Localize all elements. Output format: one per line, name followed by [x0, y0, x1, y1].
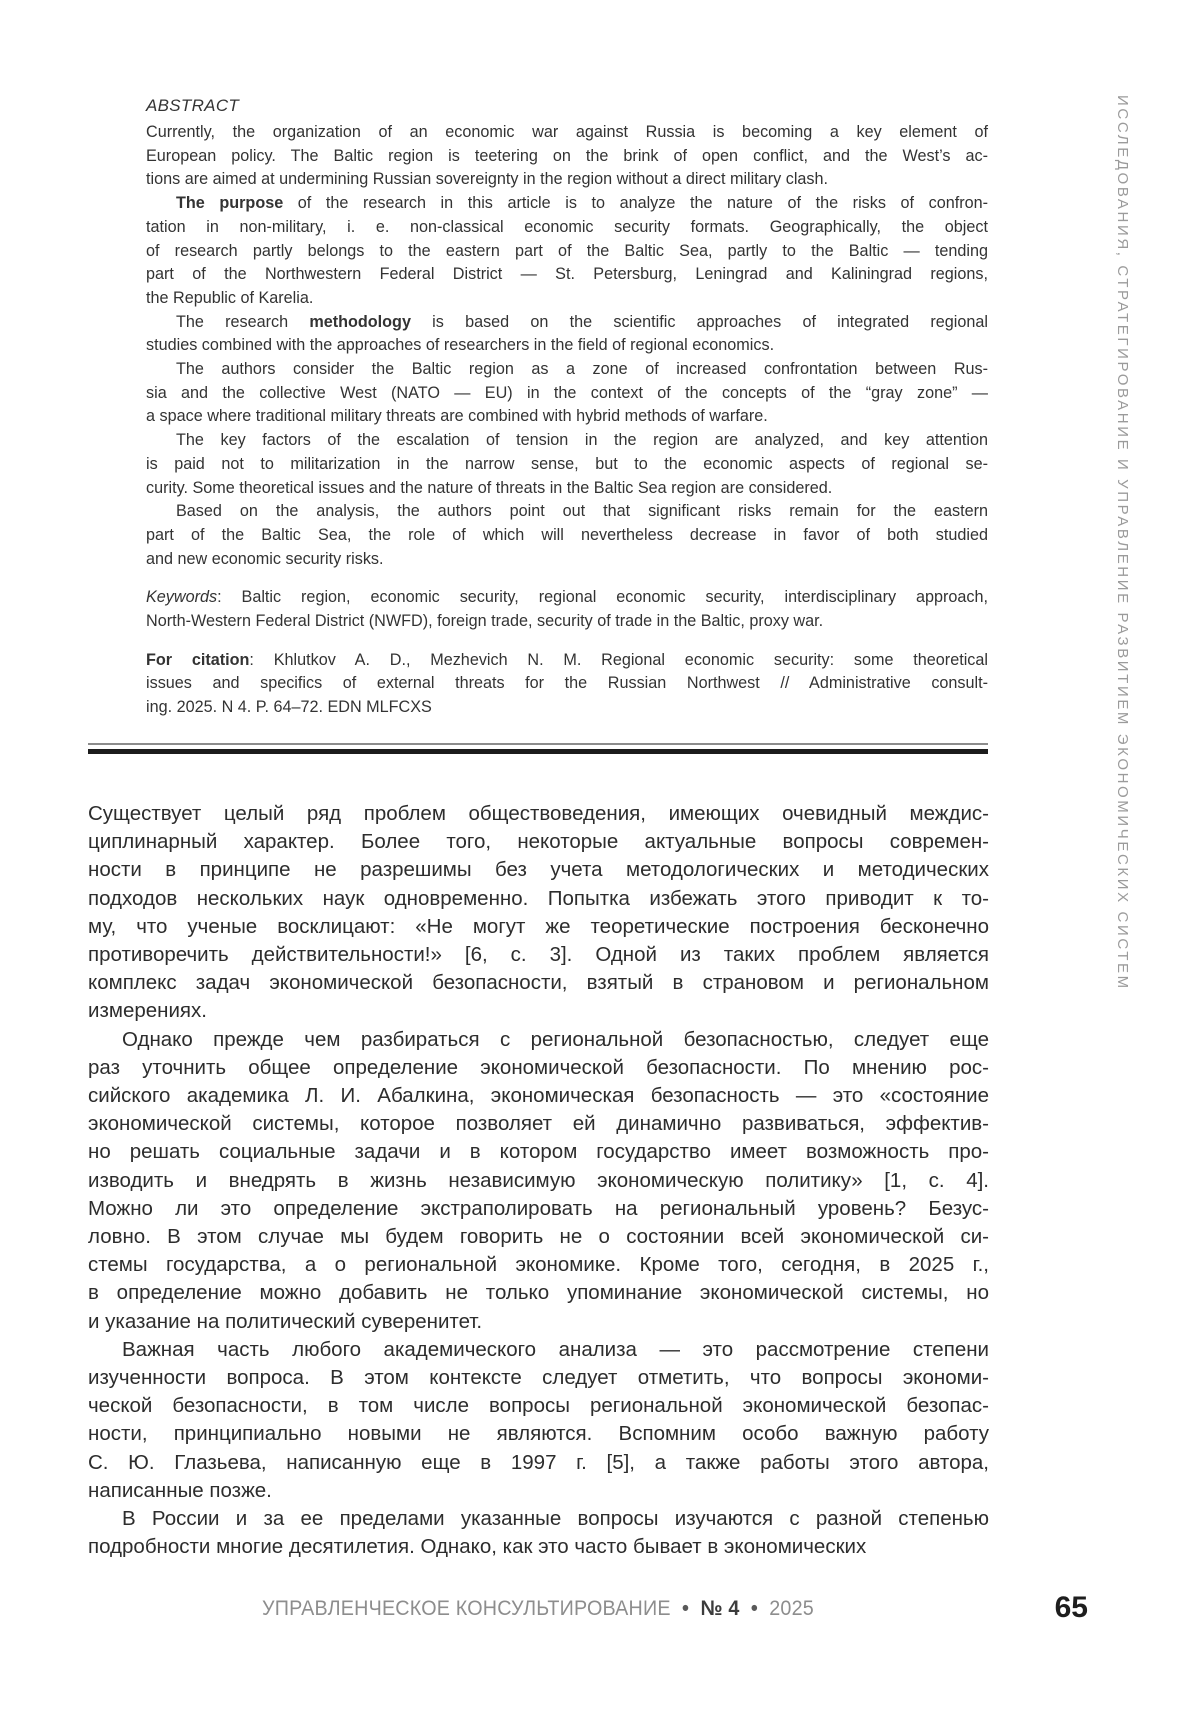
text-line: sia and the collective West (NATO — EU) …: [146, 382, 988, 406]
footer-separator-dot: •: [676, 1597, 694, 1620]
text-line: ческой безопасности, в том числе вопросы…: [88, 1392, 989, 1420]
text-line: изученности вопроса. В этом контексте сл…: [88, 1364, 989, 1392]
text-line: and new economic security risks.: [146, 548, 988, 572]
text-line: a space where traditional military threa…: [146, 405, 988, 429]
text-line: the Republic of Karelia.: [146, 287, 988, 311]
paragraph: Существует целый ряд проблем обществовед…: [88, 800, 989, 1026]
text-line: и указание на политический суверенитет.: [88, 1308, 989, 1336]
text-line: The key factors of the escalation of ten…: [146, 429, 988, 453]
article-body: Существует целый ряд проблем обществовед…: [88, 800, 989, 1561]
abstract-block: ABSTRACT Currently, the organization of …: [146, 94, 988, 720]
text-line: комплекс задач экономической безопасност…: [88, 969, 989, 997]
text-line: противоречить действительности!» [6, с. …: [88, 941, 989, 969]
text-line: The research methodology is based on the…: [146, 311, 988, 335]
paragraph: Based on the analysis, the authors point…: [146, 500, 988, 571]
abstract-heading: ABSTRACT: [146, 94, 988, 118]
text-line: is paid not to militarization in the nar…: [146, 453, 988, 477]
paragraph: Keywords: Baltic region, economic securi…: [146, 586, 988, 633]
text-line: Важная часть любого академического анали…: [88, 1336, 989, 1364]
divider-thick-line: [88, 749, 988, 754]
text-line: В России и за ее пределами указанные воп…: [88, 1505, 989, 1533]
text-line: Currently, the organization of an econom…: [146, 121, 988, 145]
footer-separator-dot: •: [745, 1597, 763, 1620]
text-line: Существует целый ряд проблем обществовед…: [88, 800, 989, 828]
text-line: North-Western Federal District (NWFD), f…: [146, 610, 988, 634]
text-line: написанные позже.: [88, 1477, 989, 1505]
text-line: ности, принципиально новыми не являются.…: [88, 1420, 989, 1448]
abstract-paragraphs: Currently, the organization of an econom…: [146, 121, 988, 571]
issue-year: 2025: [769, 1597, 814, 1620]
paragraph: Однако прежде чем разбираться с регионал…: [88, 1026, 989, 1336]
text-line: сийского академика Л. И. Абалкина, эконо…: [88, 1082, 989, 1110]
text-line: issues and specifics of external threats…: [146, 672, 988, 696]
journal-name: УПРАВЛЕНЧЕСКОЕ КОНСУЛЬТИРОВАНИЕ: [262, 1597, 671, 1620]
text-line: part of the Northwestern Federal Distric…: [146, 263, 988, 287]
section-title-vertical: ИССЛЕДОВАНИЯ, СТРАТЕГИРОВАНИЕ И УПРАВЛЕН…: [1112, 95, 1132, 1105]
text-line: Можно ли это определение экстраполироват…: [88, 1195, 989, 1223]
text-line: но решать социальные задачи и в котором …: [88, 1138, 989, 1166]
text-line: подходов нескольких наук одновременно. П…: [88, 885, 989, 913]
text-line: tation in non-military, i. e. non-classi…: [146, 216, 988, 240]
text-line: Based on the analysis, the authors point…: [146, 500, 988, 524]
paragraph: For citation: Khlutkov A. D., Mezhevich …: [146, 649, 988, 720]
text-line: ловно. В этом случае мы будем говорить н…: [88, 1223, 989, 1251]
text-line: of research partly belongs to the easter…: [146, 240, 988, 264]
text-line: подробности многие десятилетия. Однако, …: [88, 1533, 989, 1561]
page-number: 65: [1018, 1591, 1088, 1625]
journal-page: ABSTRACT Currently, the organization of …: [0, 0, 1200, 1710]
text-line: Однако прежде чем разбираться с регионал…: [88, 1026, 989, 1054]
text-line: The purpose of the research in this arti…: [146, 192, 988, 216]
paragraph: The authors consider the Baltic region a…: [146, 358, 988, 429]
paragraph: Currently, the organization of an econom…: [146, 121, 988, 192]
text-line: изводить и внедрять в жизнь независимую …: [88, 1167, 989, 1195]
text-line: С. Ю. Глазьева, написанную еще в 1997 г.…: [88, 1449, 989, 1477]
paragraph: The key factors of the escalation of ten…: [146, 429, 988, 500]
text-line: экономической системы, которое позволяет…: [88, 1110, 989, 1138]
paragraph: The purpose of the research in this arti…: [146, 192, 988, 311]
text-line: циплинарный характер. Более того, некото…: [88, 828, 989, 856]
text-line: curity. Some theoretical issues and the …: [146, 477, 988, 501]
text-line: в определение можно добавить не только у…: [88, 1279, 989, 1307]
keywords-paragraph: Keywords: Baltic region, economic securi…: [146, 586, 988, 633]
citation-paragraph: For citation: Khlutkov A. D., Mezhevich …: [146, 649, 988, 720]
text-line: part of the Baltic Sea, the role of whic…: [146, 524, 988, 548]
text-line: стемы государства, а о региональной экон…: [88, 1251, 989, 1279]
section-divider: [88, 743, 988, 755]
paragraph: Важная часть любого академического анали…: [88, 1336, 989, 1505]
text-line: The authors consider the Baltic region a…: [146, 358, 988, 382]
text-line: studies combined with the approaches of …: [146, 334, 988, 358]
text-line: European policy. The Baltic region is te…: [146, 145, 988, 169]
issue-number: № 4: [700, 1597, 739, 1620]
text-line: му, что ученые восклицают: «Не могут же …: [88, 913, 989, 941]
page-footer: УПРАВЛЕНЧЕСКОЕ КОНСУЛЬТИРОВАНИЕ • № 4 • …: [115, 1597, 961, 1621]
text-line: tions are aimed at undermining Russian s…: [146, 168, 988, 192]
paragraph: В России и за ее пределами указанные воп…: [88, 1505, 989, 1561]
paragraph: The research methodology is based on the…: [146, 311, 988, 358]
text-line: раз уточнить общее определение экономиче…: [88, 1054, 989, 1082]
text-line: For citation: Khlutkov A. D., Mezhevich …: [146, 649, 988, 673]
text-line: ности в принципе не разрешимы без учета …: [88, 856, 989, 884]
text-line: Keywords: Baltic region, economic securi…: [146, 586, 988, 610]
text-line: измерениях.: [88, 997, 989, 1025]
text-line: ing. 2025. N 4. P. 64–72. EDN MLFCXS: [146, 696, 988, 720]
